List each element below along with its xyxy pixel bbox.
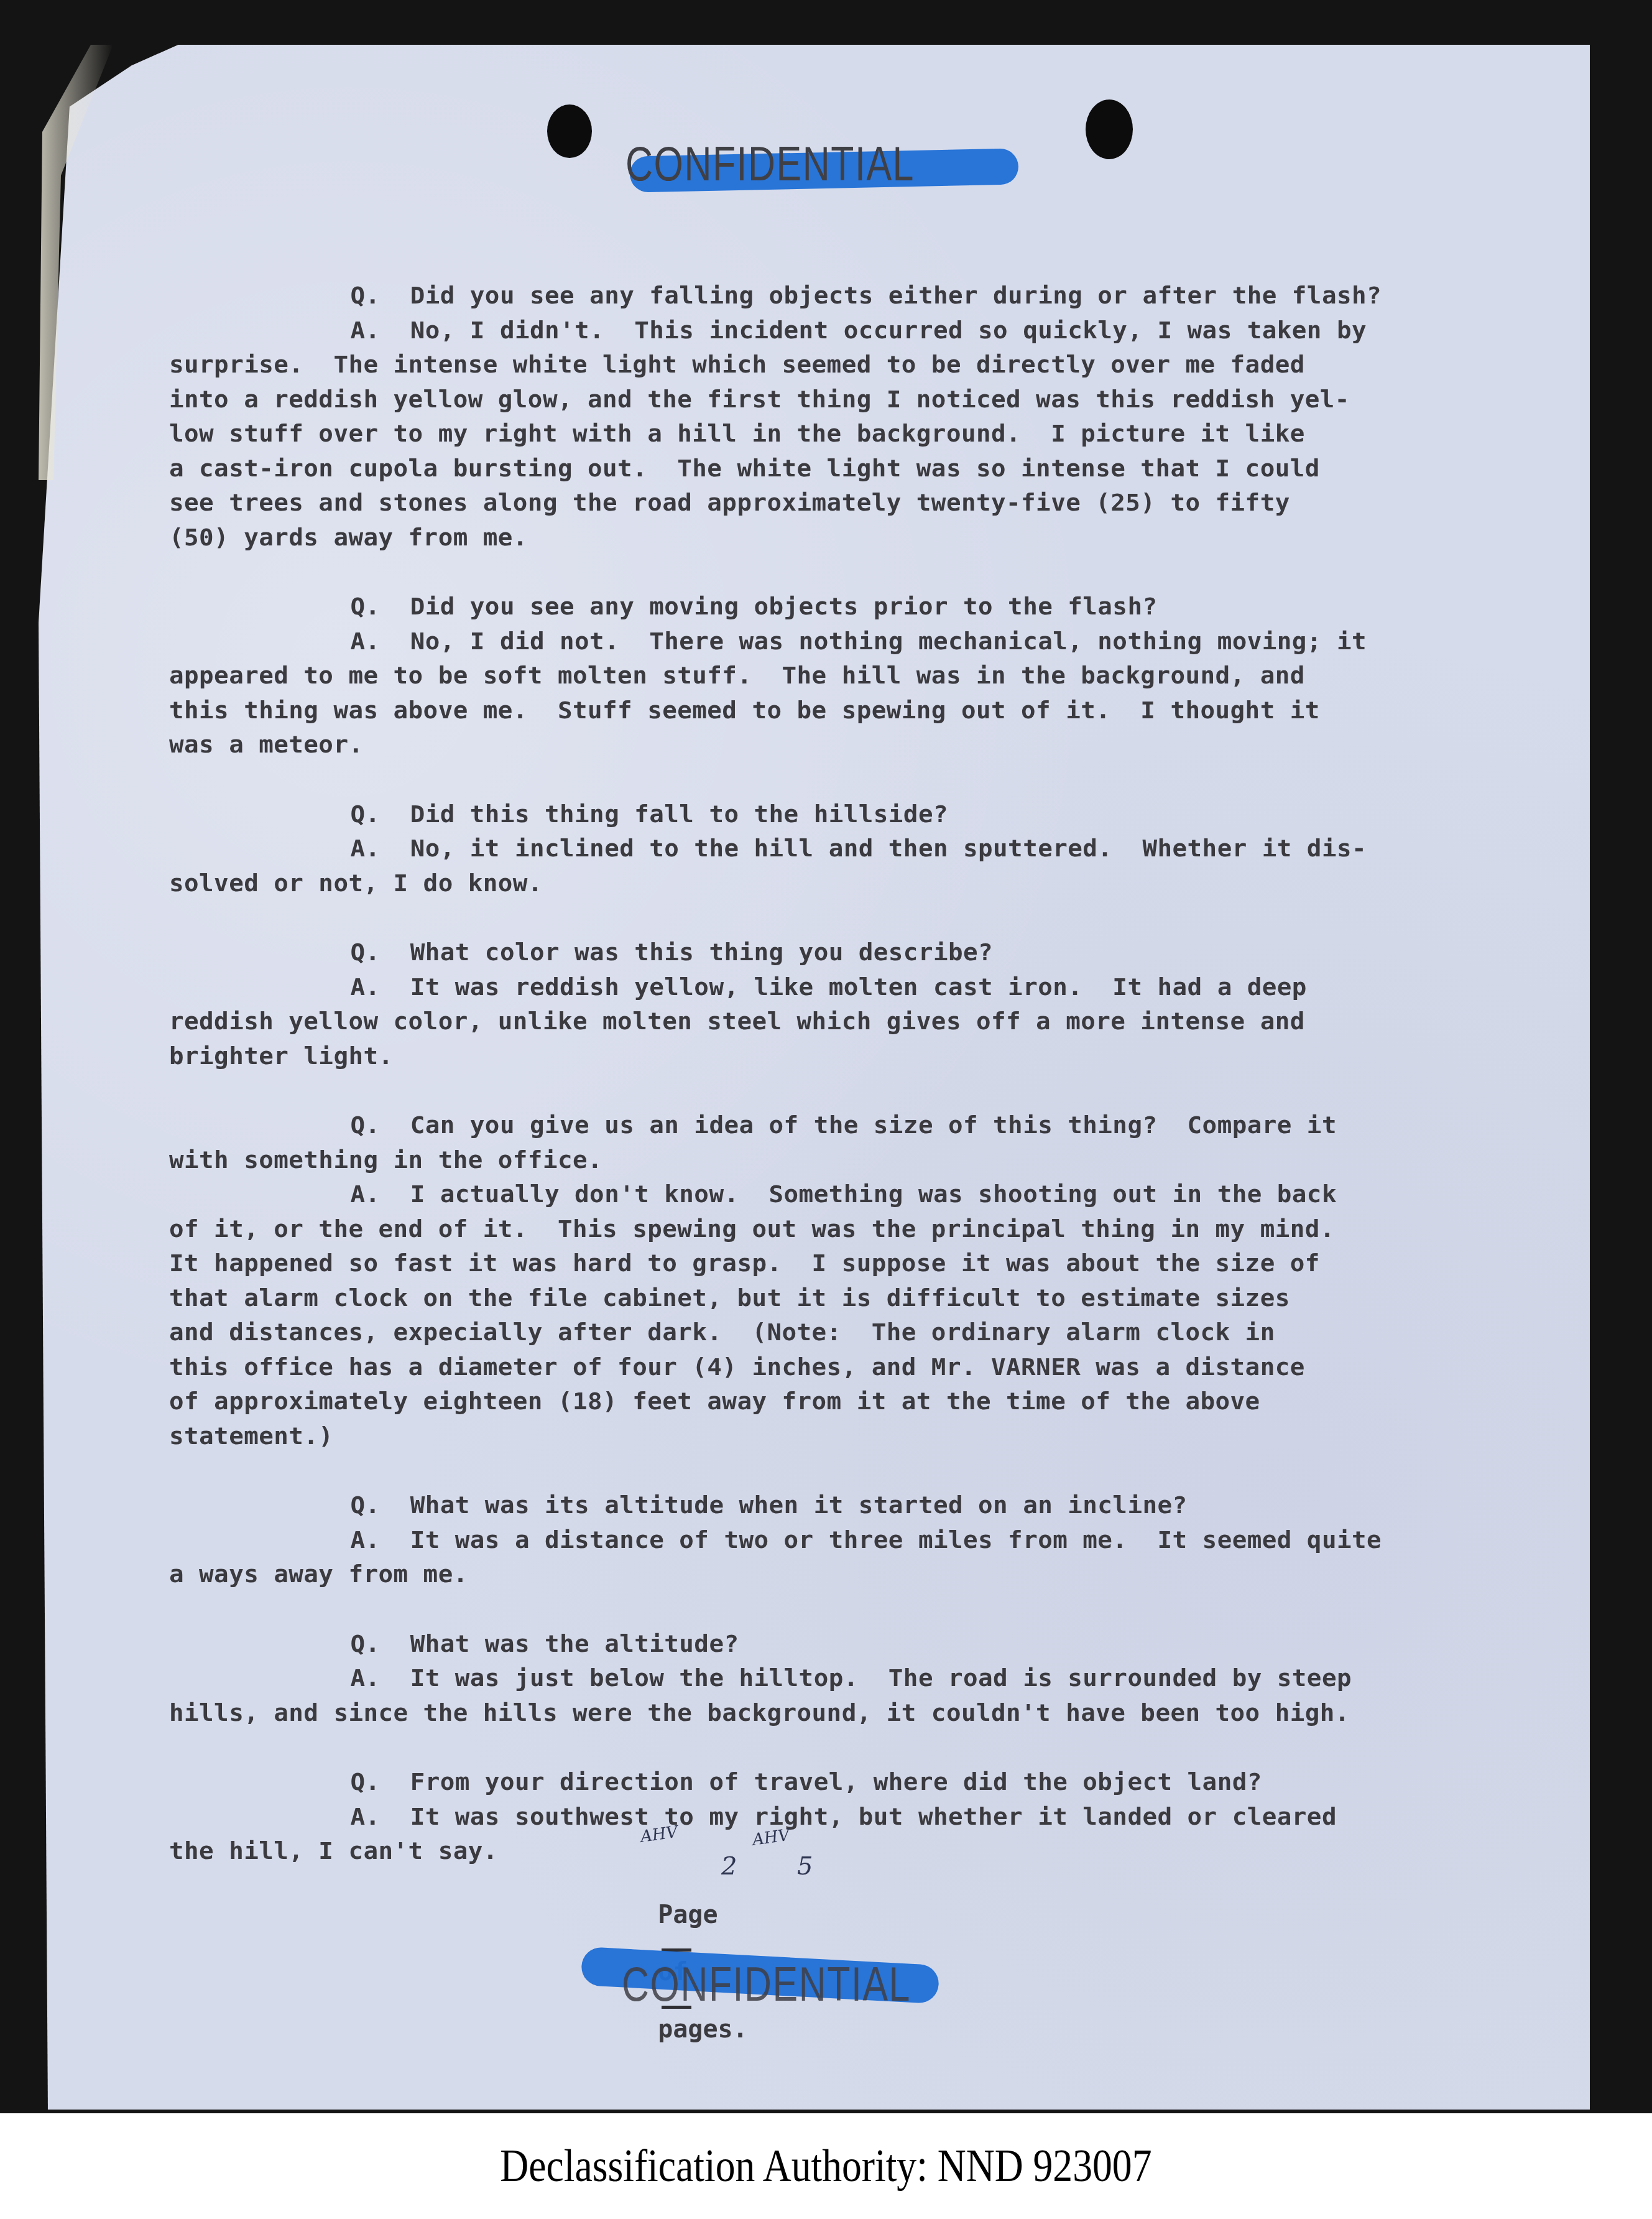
answer-text: It was a distance of two or three miles … (410, 1527, 1382, 1554)
answer-line: a ways away from me. (169, 1557, 1560, 1592)
answer-label: A. (351, 835, 381, 862)
answer-first-line: A. It was reddish yellow, like molten ca… (169, 970, 1560, 1005)
answer-label: A. (351, 1804, 381, 1830)
pages-word: pages. (658, 2015, 748, 2044)
answer-text: It was just below the hilltop. The road … (410, 1665, 1352, 1692)
answer-line: surprise. The intense white light which … (169, 348, 1560, 382)
qa-block: Q. From your direction of travel, where … (169, 1765, 1560, 1869)
question-line: Q. Can you give us an idea of the size o… (169, 1108, 1560, 1143)
answer-line: that alarm clock on the file cabinet, bu… (169, 1281, 1560, 1316)
answer-line: (50) yards away from me. (169, 521, 1560, 555)
qa-block: Q. What color was this thing you describ… (169, 935, 1560, 1073)
answer-line: brighter light. (169, 1039, 1560, 1074)
question-text: Can you give us an idea of the size of t… (410, 1112, 1337, 1139)
answer-line: see trees and stones along the road appr… (169, 486, 1560, 521)
question-text: What was the altitude? (410, 1631, 739, 1657)
classification-stamp-top: CONFIDENTIAL (625, 136, 915, 192)
question-text: From your direction of travel, where did… (410, 1769, 1262, 1795)
question-line: Q. Did you see any moving objects prior … (169, 590, 1560, 624)
question-line: Q. What color was this thing you describ… (169, 935, 1560, 970)
question-line: Q. What was its altitude when it started… (169, 1488, 1560, 1523)
question-label: Q. (351, 801, 381, 828)
question-label: Q. (351, 939, 381, 966)
question-line: Q. From your direction of travel, where … (169, 1765, 1560, 1800)
answer-text: It was reddish yellow, like molten cast … (410, 974, 1307, 1001)
handwritten-total-pages: 5 (797, 1852, 813, 1881)
question-line: Q. What was the altitude? (169, 1627, 1560, 1662)
question-label: Q. (351, 1631, 381, 1657)
answer-first-line: A. It was just below the hilltop. The ro… (169, 1661, 1560, 1696)
answer-text: No, it inclined to the hill and then spu… (410, 835, 1367, 862)
declassification-text: Declassification Authority: NND 923007 (500, 2140, 1151, 2193)
question-text: Did you see any moving objects prior to … (410, 593, 1158, 620)
answer-first-line: A. I actually don't know. Something was … (169, 1177, 1560, 1212)
answer-line: into a reddish yellow glow, and the firs… (169, 382, 1560, 417)
answer-label: A. (351, 1527, 381, 1554)
qa-block: Q. Did you see any falling objects eithe… (169, 279, 1560, 555)
question-label: Q. (351, 1492, 381, 1519)
qa-block: Q. Did this thing fall to the hillside?A… (169, 797, 1560, 901)
answer-first-line: A. It was southwest to my right, but whe… (169, 1800, 1560, 1835)
question-line: Q. Did you see any falling objects eithe… (169, 279, 1560, 313)
question-text: What color was this thing you describe? (410, 939, 993, 966)
question-label: Q. (351, 593, 381, 620)
punch-hole-right (1086, 100, 1133, 159)
question-label: Q. (351, 282, 381, 309)
question-text: Did this thing fall to the hillside? (410, 801, 948, 828)
answer-text: It was southwest to my right, but whethe… (410, 1804, 1337, 1830)
answer-line: the hill, I can't say. (169, 1834, 1560, 1869)
answer-line: It happened so fast it was hard to grasp… (169, 1246, 1560, 1281)
answer-label: A. (351, 1181, 381, 1208)
question-continuation: with something in the office. (169, 1143, 1560, 1178)
answer-first-line: A. No, it inclined to the hill and then … (169, 832, 1560, 866)
answer-line: this thing was above me. Stuff seemed to… (169, 693, 1560, 728)
qa-block: Q. What was its altitude when it started… (169, 1488, 1560, 1592)
answer-label: A. (351, 974, 381, 1001)
page-word: Page (658, 1901, 718, 1929)
answer-text: No, I didn't. This incident occurred so … (410, 317, 1367, 344)
answer-text: I actually don't know. Something was sho… (410, 1181, 1337, 1208)
question-text: What was its altitude when it started on… (410, 1492, 1188, 1519)
answer-first-line: A. No, I didn't. This incident occurred … (169, 313, 1560, 348)
answer-line: and distances, expecially after dark. (N… (169, 1315, 1560, 1350)
qa-block: Q. Did you see any moving objects prior … (169, 590, 1560, 762)
answer-label: A. (351, 317, 381, 344)
classification-stamp-bottom: CONFIDENTIAL (622, 1956, 911, 2013)
answer-first-line: A. No, I did not. There was nothing mech… (169, 624, 1560, 659)
answer-line: hills, and since the hills were the back… (169, 1696, 1560, 1731)
qa-block: Q. What was the altitude?A. It was just … (169, 1627, 1560, 1731)
answer-line: a cast-iron cupola bursting out. The whi… (169, 452, 1560, 486)
question-label: Q. (351, 1769, 381, 1795)
current-page-blank (662, 1930, 691, 1952)
declassification-caption: Declassification Authority: NND 923007 (0, 2113, 1652, 2219)
answer-first-line: A. It was a distance of two or three mil… (169, 1523, 1560, 1558)
qa-block: Q. Can you give us an idea of the size o… (169, 1108, 1560, 1453)
answer-label: A. (351, 628, 381, 655)
question-label: Q. (351, 1112, 381, 1139)
question-text: Did you see any falling objects either d… (410, 282, 1382, 309)
answer-line: was a meteor. (169, 728, 1560, 762)
interview-transcript: Q. Did you see any falling objects eithe… (169, 279, 1560, 1904)
answer-line: of approximately eighteen (18) feet away… (169, 1384, 1560, 1419)
answer-text: No, I did not. There was nothing mechani… (410, 628, 1367, 655)
answer-line: of it, or the end of it. This spewing ou… (169, 1212, 1560, 1247)
punch-hole-left (547, 104, 592, 158)
answer-line: low stuff over to my right with a hill i… (169, 417, 1560, 452)
answer-label: A. (351, 1665, 381, 1692)
answer-line: reddish yellow color, unlike molten stee… (169, 1004, 1560, 1039)
answer-line: this office has a diameter of four (4) i… (169, 1350, 1560, 1385)
answer-line: statement.) (169, 1419, 1560, 1454)
answer-line: appeared to me to be soft molten stuff. … (169, 659, 1560, 693)
question-line: Q. Did this thing fall to the hillside? (169, 797, 1560, 832)
handwritten-current-page: 2 (721, 1852, 737, 1881)
answer-line: solved or not, I do know. (169, 866, 1560, 901)
